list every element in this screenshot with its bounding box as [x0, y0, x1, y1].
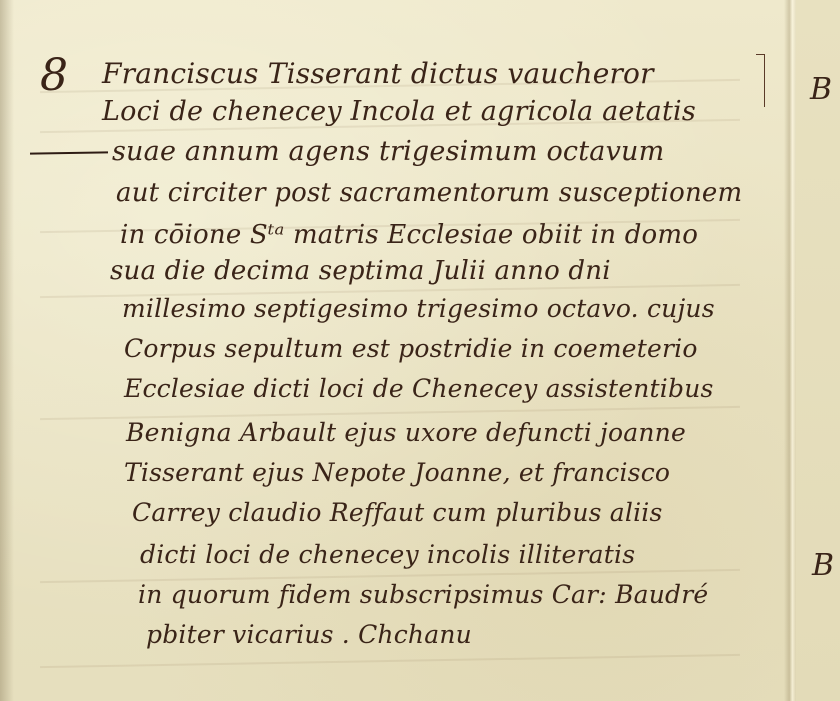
text-line: Corpus sepultum est postridie in coemete… — [124, 336, 698, 361]
facing-page-letter: B — [812, 548, 834, 583]
text-line: Loci de chenecey Incola et agricola aeta… — [102, 98, 696, 125]
page-gutter — [784, 0, 796, 701]
text-line: in quorum fidem subscripsimus Car: Baudr… — [138, 582, 708, 607]
facing-page-letter: B — [810, 72, 832, 107]
text-line: Ecclesiae dicti loci de Chenecey assiste… — [124, 376, 714, 401]
text-line: sua die decima septima Julii anno dni — [110, 258, 611, 284]
text-line: in cōione Sᵗᵃ matris Ecclesiae obiit in … — [120, 222, 698, 248]
text-line: Tisserant ejus Nepote Joanne, et francis… — [124, 460, 670, 485]
manuscript-page: 8 B B Franciscus Tisserant dictus vauche… — [0, 0, 840, 701]
bleed-through-line — [40, 654, 740, 668]
text-line: aut circiter post sacramentorum suscepti… — [116, 180, 742, 206]
text-line: Carrey claudio Reffaut cum pluribus alii… — [132, 500, 663, 525]
text-line: Franciscus Tisserant dictus vaucheror — [102, 60, 654, 88]
text-line signature-line: pbiter vicarius . Chchanu — [146, 622, 472, 647]
entry-number-marker: 8 — [40, 50, 68, 101]
text-line: millesimo septigesimo trigesimo octavo. … — [122, 296, 715, 321]
name-bracket — [756, 54, 765, 107]
margin-rule — [30, 151, 108, 154]
text-line: Benigna Arbault ejus uxore defuncti joan… — [126, 420, 686, 445]
text-line: suae annum agens trigesimum octavum — [112, 138, 664, 165]
page-edge-shadow — [0, 0, 14, 701]
text-line: dicti loci de chenecey incolis illiterat… — [140, 542, 635, 567]
